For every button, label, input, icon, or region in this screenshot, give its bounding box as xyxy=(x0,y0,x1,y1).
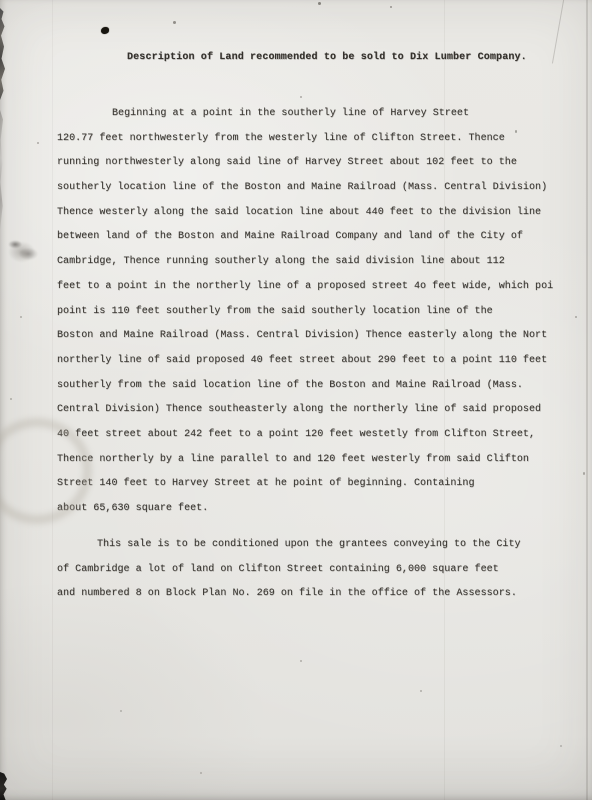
text-line: feet to a point in the northerly line of… xyxy=(57,275,562,300)
scan-artifact-speck xyxy=(173,21,176,24)
scan-artifact-corner-mark xyxy=(0,772,7,800)
scan-artifact-speck xyxy=(390,6,392,8)
text-line: point is 110 feet southerly from the sai… xyxy=(57,300,562,325)
text-line: 120.77 feet northwesterly from the weste… xyxy=(57,127,562,152)
text-line: northerly line of said proposed 40 feet … xyxy=(57,349,562,374)
scan-artifact-speck xyxy=(120,710,122,712)
scan-artifact-speck xyxy=(515,130,517,133)
text-line: Thence northerly by a line parallel to a… xyxy=(57,448,562,473)
scan-artifact-speck xyxy=(300,660,302,662)
text-line: between land of the Boston and Maine Rai… xyxy=(57,225,562,250)
scan-artifact-speck xyxy=(200,772,202,774)
text-line: Beginning at a point in the southerly li… xyxy=(57,102,562,127)
text-line: southerly from the said location line of… xyxy=(57,374,562,399)
scan-artifact-speck xyxy=(37,142,39,144)
scan-artifact-speck xyxy=(583,472,585,475)
text-line: Street 140 feet to Harvey Street at he p… xyxy=(57,472,562,497)
scan-artifact-ink-dot xyxy=(101,27,109,34)
scan-artifact-paper-edge xyxy=(586,0,588,800)
scan-artifact-speck xyxy=(560,745,562,747)
paragraph-land-description: Beginning at a point in the southerly li… xyxy=(57,102,562,522)
text-line: Central Division) Thence southeasterly a… xyxy=(57,398,562,423)
paragraph-sale-condition: This sale is to be conditioned upon the … xyxy=(57,533,562,607)
scan-artifact-crease xyxy=(444,0,445,800)
scan-artifact-edge-scratch xyxy=(0,110,3,230)
text-line: 40 feet street about 242 feet to a point… xyxy=(57,423,562,448)
text-line: running northwesterly along said line of… xyxy=(57,151,562,176)
text-line: Boston and Maine Railroad (Mass. Central… xyxy=(57,324,562,349)
scan-artifact-speck xyxy=(575,316,577,318)
scan-artifact-crease xyxy=(52,0,53,800)
text-line: Thence westerly along the said location … xyxy=(57,201,562,226)
scan-artifact-ink-smudge xyxy=(2,233,46,271)
scanned-document-page: Description of Land recommended to be so… xyxy=(0,0,592,800)
text-line: Cambridge, Thence running southerly alon… xyxy=(57,250,562,275)
scan-artifact-crease xyxy=(552,0,565,64)
scan-artifact-speck xyxy=(10,398,12,400)
scan-artifact-speck xyxy=(480,210,482,212)
scan-artifact-speck xyxy=(420,690,422,692)
text-line: southerly location line of the Boston an… xyxy=(57,176,562,201)
text-line: about 65,630 square feet. xyxy=(57,497,562,522)
text-line: This sale is to be conditioned upon the … xyxy=(57,533,562,558)
document-title: Description of Land recommended to be so… xyxy=(127,51,527,65)
scan-artifact-speck xyxy=(300,96,302,98)
scan-artifact-edge-scratch xyxy=(0,8,5,100)
text-line: and numbered 8 on Block Plan No. 269 on … xyxy=(57,582,562,607)
scan-artifact-speck xyxy=(318,2,321,5)
scan-artifact-speck xyxy=(20,316,22,318)
text-line: of Cambridge a lot of land on Clifton St… xyxy=(57,558,562,583)
